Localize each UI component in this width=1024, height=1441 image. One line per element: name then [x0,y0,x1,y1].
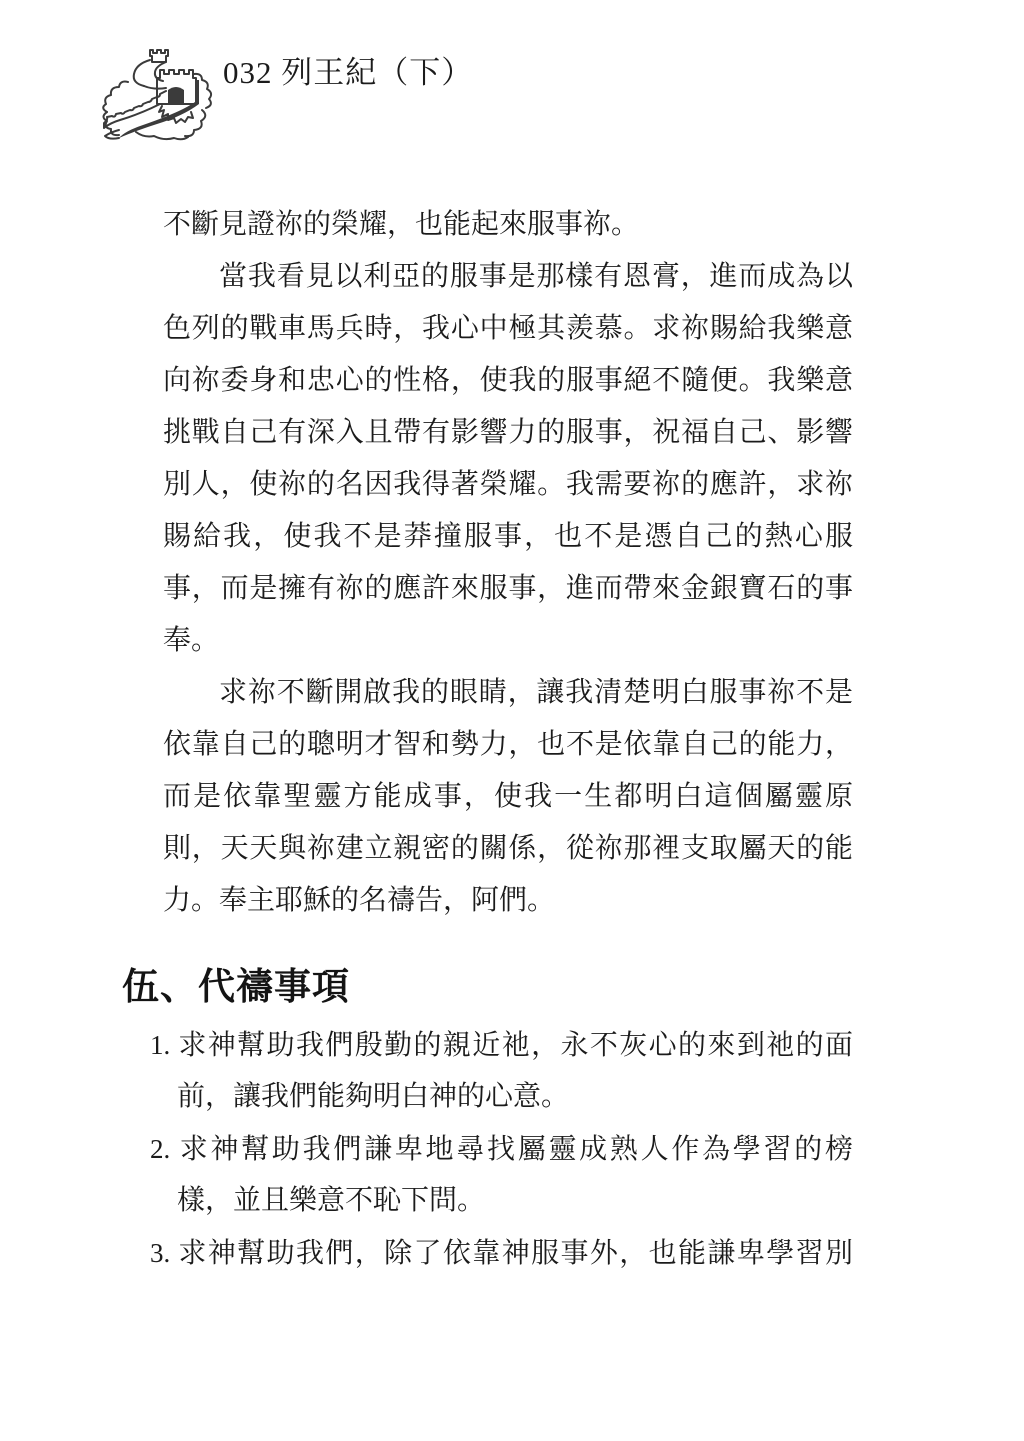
body-line: 而是依靠聖靈方能成事，使我一生都明白這個屬靈原 [163,771,853,823]
body-line: 色列的戰車馬兵時，我心中極其羨慕。求祢賜給我樂意 [163,303,853,355]
prayer-item-number: 2. [150,1123,177,1175]
prayer-item-number: 1. [150,1019,177,1071]
body-text: 不斷見證祢的榮耀，也能起來服事祢。 當我看見以利亞的服事是那樣有恩膏，進而成為以… [163,199,853,927]
body-line: 賜給我，使我不是莽撞服事，也不是憑自己的熱心服 [163,511,853,563]
prayer-item-2: 2.求神幫助我們謙卑地尋找屬靈成熟人作為學習的榜 樣，並且樂意不恥下問。 [150,1123,853,1227]
body-line: 當我看見以利亞的服事是那樣有恩膏，進而成為以 [163,251,853,303]
prayer-item-1: 1.求神幫助我們殷勤的親近祂，永不灰心的來到祂的面 前，讓我們能夠明白神的心意。 [150,1019,853,1123]
great-wall-icon [98,40,216,142]
prayer-item-text: 求神幫助我們，除了依靠神服事外，也能謙卑學習別 [177,1238,853,1269]
prayer-item-line: 2.求神幫助我們謙卑地尋找屬靈成熟人作為學習的榜 [150,1123,853,1175]
body-line: 力。奉主耶穌的名禱告，阿們。 [163,875,853,927]
prayer-item-line: 前，讓我們能夠明白神的心意。 [150,1071,853,1123]
prayer-item-line: 樣，並且樂意不恥下問。 [150,1175,853,1227]
prayer-item-line: 3.求神幫助我們，除了依靠神服事外，也能謙卑學習別 [150,1227,853,1279]
body-line: 求祢不斷開啟我的眼睛，讓我清楚明白服事祢不是 [163,667,853,719]
body-line: 向祢委身和忠心的性格，使我的服事絕不隨便。我樂意 [163,355,853,407]
section-heading: 伍、代禱事項 [122,962,350,1014]
body-line: 別人，使祢的名因我得著榮耀。我需要祢的應許，求祢 [163,459,853,511]
prayer-item-text: 求神幫助我們謙卑地尋找屬靈成熟人作為學習的榜 [177,1134,853,1165]
document-page: 032 列王紀（下） 不斷見證祢的榮耀，也能起來服事祢。 當我看見以利亞的服事是… [0,0,1024,1441]
prayer-list: 1.求神幫助我們殷勤的親近祂，永不灰心的來到祂的面 前，讓我們能夠明白神的心意。… [150,1019,853,1279]
body-line: 事，而是擁有祢的應許來服事，進而帶來金銀寶石的事 [163,563,853,615]
prayer-item-line: 1.求神幫助我們殷勤的親近祂，永不灰心的來到祂的面 [150,1019,853,1071]
body-line: 奉。 [163,615,853,667]
body-line: 依靠自己的聰明才智和勢力，也不是依靠自己的能力， [163,719,853,771]
prayer-item-text: 求神幫助我們殷勤的親近祂，永不灰心的來到祂的面 [177,1030,853,1061]
body-line: 不斷見證祢的榮耀，也能起來服事祢。 [163,199,853,251]
body-line: 則，天天與祢建立親密的關係，從祢那裡支取屬天的能 [163,823,853,875]
prayer-item-3: 3.求神幫助我們，除了依靠神服事外，也能謙卑學習別 [150,1227,853,1279]
page-header-title: 032 列王紀（下） [223,52,473,94]
prayer-item-number: 3. [150,1227,177,1279]
body-line: 挑戰自己有深入且帶有影響力的服事，祝福自己、影響 [163,407,853,459]
